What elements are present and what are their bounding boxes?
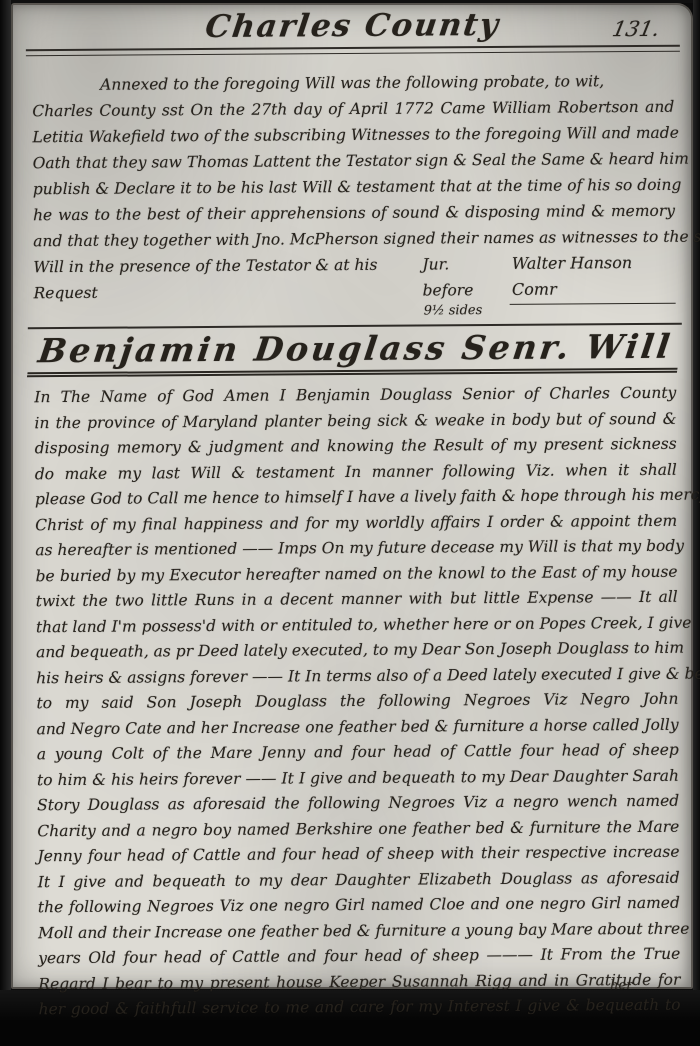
scan-edge-left bbox=[0, 0, 11, 1046]
page-content: Charles County 131. Annexed to the foreg… bbox=[10, 3, 695, 990]
text-line: as hereafter is mentioned —— Imps On my … bbox=[35, 534, 677, 564]
probate-last-line: Will in the presence of the Testator & a… bbox=[33, 252, 422, 307]
page-header: Charles County 131. bbox=[32, 5, 674, 49]
scan-edge-right bbox=[693, 0, 700, 1046]
text-line: a young Colt of the Mare Jenny and four … bbox=[37, 738, 679, 768]
catchword: her bbox=[610, 978, 632, 993]
county-title: Charles County bbox=[29, 6, 676, 47]
will-body: In The Name of God Amen I Benjamin Dougl… bbox=[34, 381, 680, 1023]
text-line: her good & faithfull service to me and c… bbox=[38, 993, 680, 1023]
probate-paragraph: Annexed to the foregoing Will was the fo… bbox=[32, 68, 675, 254]
jurat-prefix: Jur. before bbox=[422, 251, 500, 304]
will-title: Benjamin Douglass Senr. Will bbox=[27, 327, 683, 378]
document-scan: Charles County 131. Annexed to the foreg… bbox=[0, 0, 700, 1046]
text-line: to my said Son Joseph Douglass the follo… bbox=[36, 687, 678, 717]
jurat: Jur. before Walter Hanson Comr bbox=[422, 250, 675, 306]
text-line: please God to Call me hence to himself I… bbox=[35, 483, 677, 513]
text-line: years Old four head of Cattle and four h… bbox=[38, 942, 680, 972]
text-line: disposing memory & judgment and knowing … bbox=[35, 432, 677, 462]
text-line: twixt the two little Runs in a decent ma… bbox=[36, 585, 678, 615]
text-line: Story Douglass as aforesaid the followin… bbox=[37, 789, 679, 819]
page-number: 131. bbox=[611, 17, 663, 41]
jurat-signature: Walter Hanson Comr bbox=[510, 250, 676, 305]
text-line: and bequeath, as pr Deed lately executed… bbox=[36, 636, 678, 666]
manuscript-page: Charles County 131. Annexed to the foreg… bbox=[11, 3, 693, 989]
jurat-row: Will in the presence of the Testator & a… bbox=[33, 250, 675, 308]
text-line: In The Name of God Amen I Benjamin Dougl… bbox=[34, 381, 676, 411]
text-line: the following Negroes Viz one negro Girl… bbox=[38, 891, 680, 921]
text-line: Jenny four head of Cattle and four head … bbox=[37, 840, 679, 870]
